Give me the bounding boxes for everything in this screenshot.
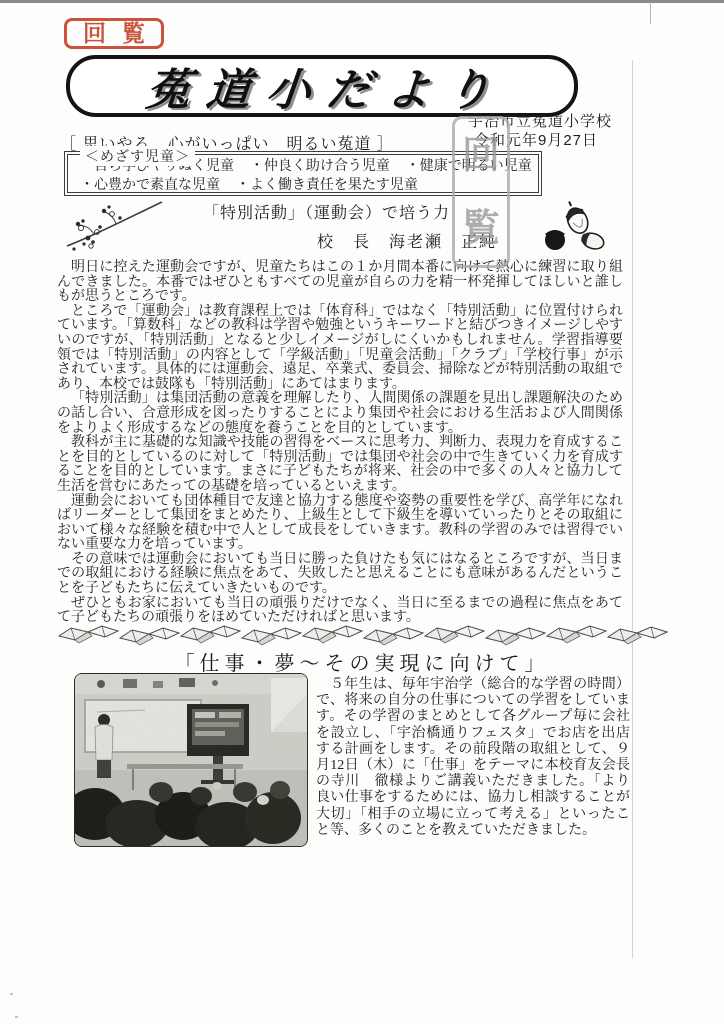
goal-item: ・仲良く助け合う児童 (250, 157, 390, 173)
article2-body: ５年生は、毎年宇治学（総合的な学習の時間）で、将来の自分の仕事についての学習をし… (316, 677, 630, 839)
article-paragraph: ところで「運動会」は教育課程上では「体育科」ではなく「特別活動」に位置付けられて… (57, 303, 623, 391)
masthead-banner: 菟道小だより (66, 55, 578, 117)
blossom-branch-icon (64, 194, 168, 254)
circulation-watermark-stamp: 回 覧 (452, 116, 510, 268)
article1-body: 明日に控えた運動会ですが、児童たちはこの１か月間本番に向けて熱心に練習に取り組ん… (57, 259, 623, 624)
article2-title: 「仕事・夢～その実現に向けて」 (0, 647, 724, 676)
scan-speck (15, 1016, 18, 1018)
goal-item: ・よく働き責任を果たす児童 (236, 176, 418, 192)
article-paragraph: ぜひともお家においても当日の頑張りだけでなく、当日に至るまでの過程に焦点をあてて… (57, 595, 623, 624)
scan-speck (10, 993, 13, 995)
scan-artifact-line (650, 2, 651, 24)
watermark-char: 回 (462, 137, 500, 175)
classroom-lecture-photo (74, 673, 308, 847)
article-paragraph: その意味では運動会においても当日に勝った負けたも気にはなるところですが、当日まで… (57, 551, 623, 595)
article-paragraph: 明日に控えた運動会ですが、児童たちはこの１か月間本番に向けて熱心に練習に取り組ん… (57, 259, 623, 303)
article-paragraph: 教科が主に基礎的な知識や技能の習得をベースに思考力、判断力、表現力を育成すること… (57, 434, 623, 492)
goal-item: ・心豊かで素直な児童 (80, 176, 220, 192)
article1-title: 「特別活動」（運動会）で培う力 (203, 200, 450, 223)
newsletter-title: 菟道小だより (134, 54, 511, 118)
article-paragraph: 運動会においても団体種目で友達と協力する態度や姿勢の重要性を学び、高学年になれば… (57, 493, 623, 551)
scan-edge-top (0, 0, 724, 3)
target-children-label: ＜めざす児童＞ (80, 146, 195, 166)
acorns-icon (538, 191, 610, 255)
scan-artifact-vertical-line (632, 60, 633, 958)
newsletter-page: 回覧 菟道小だより 宇治市立菟道小学校 令和元年9月27日 ［ 思いやる 心がい… (0, 0, 724, 1024)
watermark-char: 覧 (462, 210, 500, 248)
article-paragraph: 「特別活動」は集団活動の意義を理解したり、人間関係の課題を見出し課題解決のための… (57, 390, 623, 434)
circulation-stamp-red: 回覧 (64, 18, 164, 49)
